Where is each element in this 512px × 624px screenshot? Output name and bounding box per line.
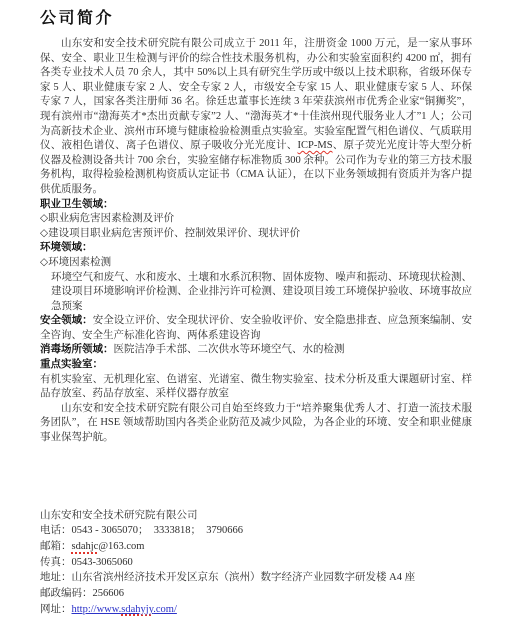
contact-fax-line: 传真：0543-3065060 bbox=[40, 555, 472, 571]
safety-section: 安全领域：安全设立评价、安全现状评价、安全验收评价、安全隐患排查、应急预案编制、… bbox=[40, 314, 472, 343]
postcode-value: 256606 bbox=[93, 588, 125, 599]
intro-text-1: 山东安和安全技术研究院有限公司成立于 2011 年，注册资金 1000 万元，是… bbox=[40, 38, 472, 151]
environment-heading-label: 环境领域： bbox=[40, 242, 93, 253]
disinfection-heading-label: 消毒场所领域： bbox=[40, 344, 114, 355]
occupational-health-item-2: ◇建设项目职业病危害预评价、控制效果评价、现状评价 bbox=[40, 227, 472, 242]
contact-phone-line: 电话：0543 - 3065070； 3333818； 3790666 bbox=[40, 523, 472, 539]
website-label: 网址： bbox=[40, 604, 72, 615]
contact-address-line: 地址：山东省滨州经济技术开发区京东（滨州）数字经济产业园数字研发楼 A4 座 bbox=[40, 570, 472, 586]
contact-website-line: 网址：http://www.sdahyjy.com/ bbox=[40, 602, 472, 618]
contact-postcode-line: 邮政编码：256606 bbox=[40, 586, 472, 602]
website-url-prefix: http://www. bbox=[72, 604, 122, 615]
closing-paragraph: 山东安和安全技术研究院有限公司自始至终致力于“培养聚集优秀人才、打造一流技术服务… bbox=[40, 402, 472, 446]
safety-body-text: 安全设立评价、安全现状评价、安全验收评价、安全隐患排查、应急预案编制、安全咨询、… bbox=[40, 315, 472, 341]
occupational-health-heading-label: 职业卫生领域： bbox=[40, 199, 114, 210]
fax-number: 0543-3065060 bbox=[72, 557, 133, 568]
phone-numbers: 0543 - 3065070； 3333818； 3790666 bbox=[72, 525, 244, 536]
company-profile-page: 公司简介 山东安和安全技术研究院有限公司成立于 2011 年，注册资金 1000… bbox=[0, 0, 512, 624]
page-title: 公司简介 bbox=[40, 9, 472, 28]
disinfection-body-text: 医院洁净手术部、二次供水等环境空气、水的检测 bbox=[114, 344, 345, 355]
email-domain-part: @163.com bbox=[98, 541, 144, 552]
website-url-suffix: .com/ bbox=[153, 604, 177, 615]
email-label: 邮箱： bbox=[40, 541, 72, 552]
occupational-health-section-heading: 职业卫生领域： bbox=[40, 198, 472, 213]
fax-label: 传真： bbox=[40, 557, 72, 568]
contact-block: 山东安和安全技术研究院有限公司 电话：0543 - 3065070； 33338… bbox=[40, 508, 472, 618]
environment-detail-text: 环境空气和废气、水和废水、土壤和水系沉积物、固体废物、噪声和振动、环境现状检测、… bbox=[40, 271, 472, 315]
environment-section-heading: 环境领域： bbox=[40, 241, 472, 256]
website-link[interactable]: http://www.sdahyjy.com/ bbox=[72, 604, 177, 615]
contact-email-line: 邮箱：sdahjc@163.com bbox=[40, 539, 472, 555]
environment-item-1: ◇环境因素检测 bbox=[40, 256, 472, 271]
intro-paragraph: 山东安和安全技术研究院有限公司成立于 2011 年，注册资金 1000 万元，是… bbox=[40, 37, 472, 198]
phone-label: 电话： bbox=[40, 525, 72, 536]
postcode-label: 邮政编码： bbox=[40, 588, 93, 599]
website-url-domain: sdahyjy bbox=[121, 604, 153, 615]
labs-section-heading: 重点实验室： bbox=[40, 358, 472, 373]
icp-ms-term: ICP-MS bbox=[298, 140, 333, 151]
email-user-part: sdahjc bbox=[72, 541, 99, 552]
labs-body-text: 有机实验室、无机理化室、色谱室、光谱室、微生物实验室、技术分析及重大课题研讨室、… bbox=[40, 373, 472, 402]
contact-company-name: 山东安和安全技术研究院有限公司 bbox=[40, 508, 472, 524]
safety-heading-label: 安全领域： bbox=[40, 315, 93, 326]
address-value: 山东省滨州经济技术开发区京东（滨州）数字经济产业园数字研发楼 A4 座 bbox=[72, 572, 416, 583]
disinfection-section: 消毒场所领域：医院洁净手术部、二次供水等环境空气、水的检测 bbox=[40, 343, 472, 358]
occupational-health-item-1: ◇职业病危害因素检测及评价 bbox=[40, 212, 472, 227]
labs-heading-label: 重点实验室： bbox=[40, 359, 103, 370]
address-label: 地址： bbox=[40, 572, 72, 583]
